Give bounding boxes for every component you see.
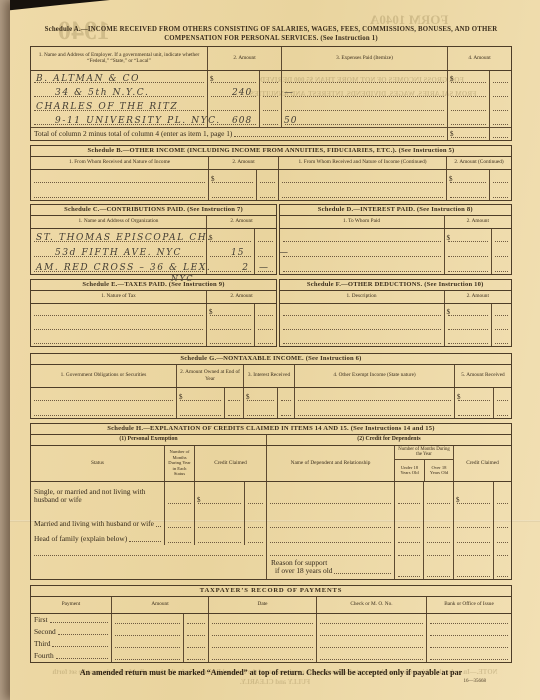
scanned-tax-form-page: 1940 FORM 1040A FOR GROSS INCOMES OF NOT…: [10, 0, 540, 700]
interest-cell: [243, 403, 294, 418]
cents-field: [254, 229, 276, 244]
schedule-f-title: Schedule F.—OTHER DEDUCTIONS. (See Instr…: [280, 280, 512, 291]
credit-cell: [194, 530, 266, 545]
col-check-number: Check or M. O. No.: [316, 597, 426, 613]
tax-cell: [31, 318, 206, 332]
dollar-sign: $: [210, 75, 214, 83]
date-cell: [208, 638, 316, 650]
col-amount-received: 5. Amount Received: [454, 365, 511, 387]
check-cell: [316, 650, 426, 662]
col-from-whom-cont: 1. From Whom Received and Nature of Inco…: [278, 157, 446, 169]
dollars-field: $: [177, 388, 224, 403]
amount-cell: [444, 332, 512, 346]
col-amount: 2. Amount: [208, 157, 278, 169]
dotted-leader: [52, 646, 108, 647]
handwritten-address: 9-11 UNIVERSITY PL. NYC.: [55, 116, 221, 126]
cents-field: [489, 113, 511, 127]
amount-cell: $: [444, 304, 512, 318]
amount-cell: [444, 244, 512, 259]
col-other-exempt: 4. Other Exempt Income (State nature): [294, 365, 454, 387]
income-source-cell: [31, 185, 208, 200]
schedule-d-row: [280, 259, 512, 274]
reason-line2-row: if over 18 years old: [271, 567, 394, 577]
dollars-field: [454, 545, 493, 558]
amount4-cell: [447, 113, 511, 127]
col-payment: Payment: [31, 597, 111, 613]
schedule-e-row: $: [31, 304, 276, 318]
dotted-leader: [58, 634, 108, 635]
col-organization: 1. Name and Address of Organization: [31, 216, 206, 228]
obligation-cell: [31, 403, 176, 418]
amount4-cell: $: [447, 71, 511, 85]
amount-cell: [444, 259, 512, 274]
amount-cell: $: [208, 170, 278, 185]
cents-field: —: [254, 244, 276, 259]
schedule-h-row-blank: [31, 545, 511, 558]
col-under-18: Under 18 Years Old: [395, 460, 424, 481]
organization-cell: ST. THOMAS EPISCOPAL CH.: [31, 229, 206, 244]
col-employer: 1. Name and Address of Employer. If a go…: [31, 47, 207, 70]
bank-cell: [426, 614, 511, 626]
cents-field: [277, 388, 294, 403]
schedule-h-row-single: Single, or married and not living with h…: [31, 482, 511, 506]
months-cell: [164, 506, 194, 530]
cents-field: [256, 185, 278, 200]
col-amount-cont: 2. Amount (Continued): [446, 157, 511, 169]
payment-label: Fourth: [34, 652, 54, 661]
dollar-sign: $: [447, 234, 451, 242]
amount-owned-cell: $: [176, 388, 243, 403]
over18-cell: [423, 482, 453, 506]
dollars-field: [112, 650, 183, 662]
employer-cell: B. ALTMAN & CO: [31, 71, 207, 85]
amount-cell: [111, 650, 208, 662]
credit-cell: [194, 506, 266, 530]
dollars-field: [177, 403, 224, 418]
dollars-field: [207, 318, 254, 332]
interest-cell: $: [243, 388, 294, 403]
over18-cell: [423, 545, 453, 558]
cents-field: [491, 229, 511, 244]
expenses-cell: [281, 71, 447, 85]
expenses-cell: [281, 99, 447, 113]
schedule-g-table: Schedule G.—NONTAXABLE INCOME. (See Inst…: [30, 353, 512, 419]
organization-cell: AM. RED CROSS – 36 & LEX. NYC: [31, 259, 206, 274]
handwritten-address: 34 & 5th N.Y.C.: [55, 88, 149, 98]
cents-field: [489, 185, 511, 200]
schedule-a-row: 9-11 UNIVERSITY PL. NYC. 608 50: [31, 113, 511, 127]
schedule-h-table: Schedule H.—EXPLANATION OF CREDITS CLAIM…: [30, 423, 512, 580]
cents-field: [183, 650, 208, 662]
form-content: Schedule A.—INCOME RECEIVED FROM OTHERS …: [30, 26, 512, 684]
under18-cell: [394, 545, 423, 558]
scan-artifact-corner: [10, 0, 110, 12]
amount2-cell: $: [207, 71, 281, 85]
schedule-e-table: Schedule E.—TAXES PAID. (See Instruction…: [30, 279, 277, 347]
dollar-sign: $: [450, 130, 454, 138]
dependent-cell: [266, 506, 394, 530]
cents-field: [491, 332, 511, 346]
cents-field: [489, 170, 511, 185]
dollars-field: [195, 506, 244, 530]
cents-field: [259, 71, 281, 85]
dollars-field: $: [448, 128, 489, 140]
schedule-d-header: 1. To Whom Paid 2. Amount: [280, 216, 512, 229]
dollars-field: 2: [207, 259, 254, 274]
cents-field: —: [259, 85, 281, 99]
schedule-d-title: Schedule D.—INTEREST PAID. (See Instruct…: [280, 205, 512, 216]
credit-dep-cell: [453, 506, 511, 530]
dollars-field: [447, 185, 489, 200]
schedule-a-row: CHARLES OF THE RITZ: [31, 99, 511, 113]
dollar-sign: $: [449, 175, 453, 183]
cents-field: [493, 506, 511, 530]
status-cell: Head of family (explain below): [31, 530, 164, 545]
status-cell: Married and living with husband or wife: [31, 506, 164, 530]
cents-field: [493, 403, 511, 418]
total-label-cell: Total of column 2 minus total of column …: [31, 128, 447, 140]
amount-cell: [206, 332, 276, 346]
cents-field: [256, 170, 278, 185]
exempt-income-cell: [294, 388, 454, 403]
date-cell: [208, 626, 316, 638]
col-amount: 2. Amount: [444, 291, 512, 303]
col-from-whom: 1. From Whom Received and Nature of Inco…: [31, 157, 208, 169]
cents-field: [244, 506, 266, 530]
cents-field: [493, 388, 511, 403]
payment-row-second: Second: [31, 626, 511, 638]
cents-field: [491, 318, 511, 332]
dollars-field: [448, 99, 489, 113]
payment-label-cell: Second: [31, 626, 111, 638]
under-over-subheader: Under 18 Years Old Over 18 Years Old: [395, 460, 453, 481]
dollars-field: $: [244, 388, 277, 403]
dotted-leader: [129, 541, 161, 542]
cents-field: [183, 626, 208, 638]
dollars-field: $: [207, 304, 254, 318]
dotted-leader: [234, 136, 444, 137]
col-over-18: Over 18 Years Old: [424, 460, 453, 481]
col-interest-received: 3. Interest Received: [243, 365, 294, 387]
schedule-f-row: $: [280, 304, 512, 318]
handwritten-employer: B. ALTMAN & CO: [36, 74, 140, 84]
col-status: Status: [31, 446, 164, 481]
dollars-field: [445, 244, 492, 259]
over18-cell: [423, 558, 453, 579]
deduction-cell: [280, 332, 444, 346]
payee-cell: [280, 244, 444, 259]
col-dependent-name: Name of Dependent and Relationship: [266, 446, 394, 481]
col-obligations: 1. Government Obligations or Securities: [31, 365, 176, 387]
cents-field: [489, 128, 511, 140]
exempt-income-cell: [294, 403, 454, 418]
amount-cell: [444, 318, 512, 332]
schedule-g-row: [31, 403, 511, 418]
col-expenses: 3. Expenses Paid (Itemize): [281, 47, 447, 70]
payment-label: Second: [34, 628, 56, 637]
dotted-leader: [56, 658, 108, 659]
dollar-sign: $: [450, 75, 454, 83]
schedule-h-reason-row: Reason for support if over 18 years old: [31, 558, 511, 579]
handwritten-address: 53d FIFTH AVE. NYC: [55, 248, 182, 258]
dollars-field: 15: [207, 244, 254, 259]
schedule-d-table: Schedule D.—INTEREST PAID. (See Instruct…: [279, 204, 513, 275]
cents-field: 50: [259, 113, 281, 127]
handwritten-dollars: 15: [231, 248, 249, 258]
schedule-g-title: Schedule G.—NONTAXABLE INCOME. (See Inst…: [31, 354, 511, 365]
col-to-whom-paid: 1. To Whom Paid: [280, 216, 444, 228]
dollars-field: [445, 332, 492, 346]
schedule-e-title: Schedule E.—TAXES PAID. (See Instruction…: [31, 280, 276, 291]
cents-field: [491, 259, 511, 274]
amount-cell: $: [206, 304, 276, 318]
schedule-h-row-head-of-family: Head of family (explain below): [31, 530, 511, 545]
schedule-c-table: Schedule C.—CONTRIBUTIONS PAID. (See Ins…: [30, 204, 277, 275]
under18-cell: [394, 482, 423, 506]
status-label: Married and living with husband or wife: [34, 520, 154, 529]
schedule-a-row: 34 & 5th N.Y.C. 240 —: [31, 85, 511, 99]
dollar-sign: $: [179, 393, 183, 401]
cents-field: [224, 403, 243, 418]
dollars-field: $: [207, 229, 254, 244]
check-cell: [316, 638, 426, 650]
schedule-h-group-header: (1) Personal Exemption (2) Credit for De…: [31, 435, 511, 446]
cents-field: [254, 318, 276, 332]
payment-row-first: First: [31, 614, 511, 626]
schedule-f-header: 1. Description 2. Amount: [280, 291, 512, 304]
total-amount-cell: $: [447, 128, 511, 140]
over18-cell: [423, 506, 453, 530]
cents-field: [183, 614, 208, 626]
schedule-c-title: Schedule C.—CONTRIBUTIONS PAID. (See Ins…: [31, 205, 276, 216]
explanation-line: [31, 545, 266, 558]
cents-field: [244, 482, 266, 506]
schedule-d-row: $: [280, 229, 512, 244]
dollars-field: $: [454, 482, 493, 506]
schedule-a-row: B. ALTMAN & CO $ $: [31, 71, 511, 85]
amount-cell: 15 —: [206, 244, 276, 259]
dollars-field: $: [445, 229, 492, 244]
schedule-c-d-section: Schedule C.—CONTRIBUTIONS PAID. (See Ins…: [30, 204, 512, 275]
col-months-in-status: Number of Months During Year in Each Sta…: [164, 446, 194, 481]
schedule-d-row: [280, 244, 512, 259]
cents-field: [254, 332, 276, 346]
schedule-b-table: Schedule B.—OTHER INCOME (INCLUDING INCO…: [30, 145, 512, 201]
status-label: Head of family (explain below): [34, 535, 127, 544]
organization-cell: 53d FIFTH AVE. NYC: [31, 244, 206, 259]
amount-cell: $: [444, 229, 512, 244]
dollars-field: $: [445, 304, 492, 318]
col-credit-claimed-dep: Credit Claimed: [453, 446, 511, 481]
reason-cell: Reason for support if over 18 years old: [266, 558, 394, 579]
payee-cell: [280, 229, 444, 244]
bank-cell: [426, 650, 511, 662]
schedule-e-header: 1. Nature of Tax 2. Amount: [31, 291, 276, 304]
cents-field: [491, 244, 511, 259]
schedule-e-f-section: Schedule E.—TAXES PAID. (See Instruction…: [30, 279, 512, 347]
cents-field: [491, 304, 511, 318]
income-source-cell: [31, 170, 208, 185]
schedule-h-header: Status Number of Months During Year in E…: [31, 446, 511, 482]
blank-area: [31, 558, 266, 579]
handwritten-dollars: 2: [242, 263, 249, 273]
amount-received-cell: $: [454, 388, 511, 403]
schedule-e-row: [31, 332, 276, 346]
credit-cell: $: [194, 482, 266, 506]
employer-cell: CHARLES OF THE RITZ: [31, 99, 207, 113]
dollars-field: [454, 530, 493, 545]
handwritten-organization: ST. THOMAS EPISCOPAL CH.: [36, 233, 212, 243]
schedule-b-row: $ $: [31, 170, 511, 185]
dependent-cell: [266, 482, 394, 506]
group-personal-exemption: (1) Personal Exemption: [31, 435, 266, 445]
amount4-cell: [447, 85, 511, 99]
dollar-sign: $: [246, 393, 250, 401]
schedule-c-header: 1. Name and Address of Organization 2. A…: [31, 216, 276, 229]
dollar-sign: $: [456, 496, 460, 504]
schedule-a-title: Schedule A.—INCOME RECEIVED FROM OTHERS …: [34, 26, 508, 44]
dollars-field: [244, 403, 277, 418]
handwritten-organization: AM. RED CROSS – 36 & LEX.: [36, 263, 211, 273]
dollars-field: [445, 318, 492, 332]
amount-cell: [446, 185, 511, 200]
dollars-field: [112, 638, 183, 650]
months-cell: [164, 530, 194, 545]
check-cell: [316, 614, 426, 626]
income-source-cell: [278, 170, 446, 185]
employer-cell: 34 & 5th N.Y.C.: [31, 85, 207, 99]
group-credit-dependents: (2) Credit for Dependents: [266, 435, 511, 445]
schedule-f-row: [280, 332, 512, 346]
col-months-during-year: Number of Months During the Year: [395, 446, 453, 461]
payment-label-cell: First: [31, 614, 111, 626]
cents-field: [489, 85, 511, 99]
dollars-field: [454, 506, 493, 530]
credit-dep-cell: [453, 545, 511, 558]
check-cell: [316, 626, 426, 638]
dollars-field: [445, 259, 492, 274]
amount2-cell: [207, 99, 281, 113]
schedule-a-total-row: Total of column 2 minus total of column …: [31, 127, 511, 140]
handwritten-city-note: NYC: [171, 274, 194, 283]
dollars-field: [112, 614, 183, 626]
col-amount-owned: 2. Amount Owned at End of Year: [176, 365, 243, 387]
dependent-cell: [266, 530, 394, 545]
credit-dep-cell: $: [453, 482, 511, 506]
col-nature-of-tax: 1. Nature of Tax: [31, 291, 206, 303]
payment-label: Third: [34, 640, 50, 649]
dollars-field: [207, 332, 254, 346]
amount-cell: $: [446, 170, 511, 185]
dollars-field: $: [455, 388, 493, 403]
handwritten-employer: CHARLES OF THE RITZ: [36, 102, 178, 112]
amount-cell: $: [206, 229, 276, 244]
status-label: Single, or married and not living with h…: [34, 488, 159, 505]
amount-owned-cell: [176, 403, 243, 418]
payment-row-fourth: Fourth: [31, 650, 511, 662]
schedule-a-table: 1. Name and Address of Employer. If a go…: [30, 46, 512, 141]
payment-label-cell: Third: [31, 638, 111, 650]
under18-cell: [394, 506, 423, 530]
expenses-cell: [281, 85, 447, 99]
bank-cell: [426, 626, 511, 638]
amount-cell: [206, 318, 276, 332]
col-amount: 2. Amount: [206, 216, 276, 228]
dollar-sign: $: [209, 308, 213, 316]
col-amount: 2. Amount: [206, 291, 276, 303]
cents-field: [224, 388, 243, 403]
col-date: Date: [208, 597, 316, 613]
schedule-g-row: $ $ $: [31, 388, 511, 403]
handwritten-dollars: 608: [232, 116, 254, 126]
schedule-c-row: AM. RED CROSS – 36 & LEX. NYC 2 —: [31, 259, 276, 274]
total-label: Total of column 2 minus total of column …: [34, 130, 232, 139]
handwritten-cents: —: [259, 263, 269, 273]
col-amount-2: 2. Amount: [207, 47, 281, 70]
credit-dep-cell: [453, 558, 511, 579]
schedule-h-title: Schedule H.—EXPLANATION OF CREDITS CLAIM…: [31, 424, 511, 435]
cents-field: [489, 99, 511, 113]
dollar-sign: $: [447, 308, 451, 316]
cents-field: [183, 638, 208, 650]
schedule-h-row-married: Married and living with husband or wife: [31, 506, 511, 530]
bank-cell: [426, 638, 511, 650]
schedule-b-header: 1. From Whom Received and Nature of Inco…: [31, 157, 511, 170]
dollars-field: $: [448, 71, 489, 85]
credit-dep-cell: [453, 530, 511, 545]
col-credit-claimed: Credit Claimed: [194, 446, 266, 481]
handwritten-dollars: 240: [232, 88, 254, 98]
schedule-b-title: Schedule B.—OTHER INCOME (INCLUDING INCO…: [31, 146, 511, 157]
schedule-c-row: ST. THOMAS EPISCOPAL CH. $: [31, 229, 276, 244]
dollars-field: $: [195, 482, 244, 506]
cents-field: [244, 530, 266, 545]
schedule-e-row: [31, 318, 276, 332]
expenses-cell: [281, 113, 447, 127]
dollars-field: [209, 185, 256, 200]
dollars-field: 240: [208, 85, 259, 99]
tax-cell: [31, 304, 206, 318]
dollars-field: [208, 99, 259, 113]
deduction-cell: [280, 318, 444, 332]
payments-table: TAXPAYER’S RECORD OF PAYMENTS Payment Am…: [30, 585, 512, 663]
schedule-f-row: [280, 318, 512, 332]
cents-field: [254, 304, 276, 318]
payments-title: TAXPAYER’S RECORD OF PAYMENTS: [31, 586, 511, 597]
cents-field: —: [254, 259, 276, 274]
schedule-b-row: [31, 185, 511, 200]
amount-cell: [111, 614, 208, 626]
amount-cell: 2 —: [206, 259, 276, 274]
reason-line2: if over 18 years old: [275, 567, 332, 576]
schedule-a-header: 1. Name and Address of Employer. If a go…: [31, 47, 511, 71]
dollars-field: [448, 113, 489, 127]
cents-field: [493, 558, 511, 579]
dollars-field: [195, 530, 244, 545]
schedule-f-table: Schedule F.—OTHER DEDUCTIONS. (See Instr…: [279, 279, 513, 347]
date-cell: [208, 650, 316, 662]
under18-cell: [394, 530, 423, 545]
deduction-cell: [280, 304, 444, 318]
amended-return-note: An amended return must be marked “Amende…: [30, 668, 512, 677]
col-months-dependents: Number of Months During the Year Under 1…: [394, 446, 453, 481]
col-description: 1. Description: [280, 291, 444, 303]
dependent-cell: [266, 545, 394, 558]
cents-field: [493, 545, 511, 558]
amount2-cell: 240 —: [207, 85, 281, 99]
cents-field: [493, 530, 511, 545]
dollars-field: $: [447, 170, 489, 185]
